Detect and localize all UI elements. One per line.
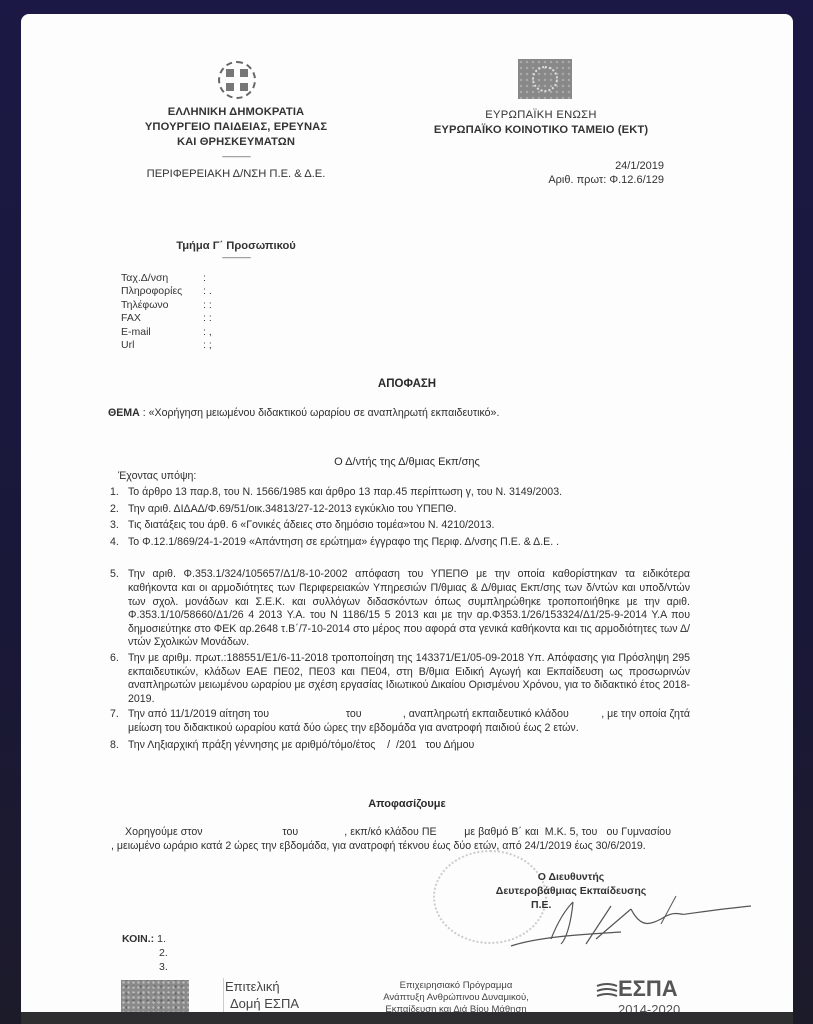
greek-coat-of-arms-icon: [218, 61, 256, 99]
regional-directorate: ΠΕΡΙΦΕΡΕΙΑΚΗ Δ/ΝΣΗ Π.Ε. & Δ.Ε.: [121, 167, 351, 182]
copies-row: 2.: [122, 946, 168, 960]
ministry-name: ΥΠΟΥΡΓΕΙΟ ΠΑΙΔΕΙΑΣ, ΕΡΕΥΝΑΣ: [121, 120, 351, 135]
contact-row-fax: FAX: :: [121, 312, 212, 325]
header-left: ΕΛΛΗΝΙΚΗ ΔΗΜΟΚΡΑΤΙΑ ΥΠΟΥΡΓΕΙΟ ΠΑΙΔΕΙΑΣ, …: [121, 105, 351, 182]
header-separator: -----------------: [121, 152, 351, 161]
list-item: 5.Την αριθ. Φ.353.1/324/105657/Δ1/8-10-2…: [110, 568, 690, 650]
contact-row-address: Ταχ.Δ/νση:: [121, 272, 212, 285]
protocol-value: Φ.12.6/129: [609, 174, 664, 186]
list-item: 1.Το άρθρο 13 παρ.8, του Ν. 1566/1985 κα…: [110, 486, 690, 500]
fund-name: ΕΥΡΩΠΑΪΚΟ ΚΟΙΝΟΤΙΚΟ ΤΑΜΕΙΟ (ΕΚΤ): [406, 123, 676, 138]
document-date: 24/1/2019: [501, 159, 664, 173]
resolution-title: Αποφασίζουμε: [21, 798, 793, 810]
signatory-title: Ο Διευθυντής: [471, 870, 671, 884]
eu-name: ΕΥΡΩΠΑΪΚΗ ΕΝΩΣΗ: [406, 108, 676, 123]
copies-row: 3.: [122, 960, 168, 974]
department-block: Τμήμα Γ΄ Προσωπικού -----------------: [151, 239, 321, 262]
decision-subject: ΘΕΜΑ : «Χορήγηση μειωμένου διδακτικού ωρ…: [108, 407, 728, 421]
list-item: 2.Την αριθ. ΔΙΔΑΔ/Φ.69/51/οικ.34813/27-1…: [110, 503, 690, 517]
republic-name: ΕΛΛΗΝΙΚΗ ΔΗΜΟΚΡΑΤΙΑ: [121, 105, 351, 120]
copies-row: ΚΟΙΝ.: 1.: [122, 932, 168, 946]
document-page: ΕΛΛΗΝΙΚΗ ΔΗΜΟΚΡΑΤΙΑ ΥΠΟΥΡΓΕΙΟ ΠΑΙΔΕΙΑΣ, …: [21, 14, 793, 1024]
contact-row-email: E-mail: ,: [121, 326, 212, 339]
eu-flag-icon: [518, 59, 572, 99]
contact-fields: Ταχ.Δ/νση: Πληροφορίες: . Τηλέφωνο: : FA…: [121, 272, 212, 352]
resolution-text: Χορηγούμε στον του , εκπ/κό κλάδου ΠΕ με…: [111, 826, 671, 853]
subject-label: ΘΕΜΑ: [108, 407, 140, 419]
list-item: 4.Το Φ.12.1/869/24-1-2019 «Απάντηση σε ε…: [110, 536, 690, 550]
contact-row-info: Πληροφορίες: .: [121, 285, 212, 298]
decision-title: ΑΠΟΦΑΣΗ: [21, 378, 793, 390]
document-meta: 24/1/2019 Αριθ. πρωτ: Φ.12.6/129: [501, 159, 664, 187]
contact-row-url: Url: ;: [121, 339, 212, 352]
considering-list: 1.Το άρθρο 13 παρ.8, του Ν. 1566/1985 κα…: [110, 486, 690, 752]
list-item: 6.Την με αριθμ. πρωτ.:188551/Ε1/6-11-201…: [110, 652, 690, 706]
department-separator: -----------------: [151, 253, 321, 262]
ministry-name-cont: ΚΑΙ ΘΡΗΣΚΕΥΜΑΤΩΝ: [121, 135, 351, 150]
considering-label: Έχοντας υπόψη:: [118, 470, 196, 484]
contact-row-phone: Τηλέφωνο: :: [121, 299, 212, 312]
protocol-label: Αριθ. πρωτ:: [548, 174, 606, 186]
list-item: 3.Τις διατάξεις του άρθ. 6 «Γονικές άδει…: [110, 519, 690, 533]
espa-unit-logo: Επιτελική Δομή ΕΣΠΑ: [225, 978, 299, 1012]
handwritten-signature-icon: [501, 894, 761, 954]
list-item: 8.Την Ληξιαρχική πράξη γέννησης με αριθμ…: [110, 739, 690, 753]
espa-label: ΕΣΠΑ: [618, 976, 678, 1002]
list-item: 7.Την από 11/1/2019 αίτηση του του , ανα…: [110, 708, 690, 735]
espa-wave-icon: [596, 982, 618, 1002]
subject-text: : «Χορήγηση μειωμένου διδακτικού ωραρίου…: [140, 407, 500, 419]
viewer-bottom-bar: [21, 1012, 793, 1024]
issuing-authority: Ο Δ/ντής της Δ/θμιας Εκπ/σης: [21, 456, 793, 468]
protocol-number: Αριθ. πρωτ: Φ.12.6/129: [501, 173, 664, 187]
copies-block: ΚΟΙΝ.: 1. 2. 3.: [122, 932, 168, 974]
operational-program-label: Επιχειρησιακό Πρόγραμμα Ανάπτυξη Ανθρώπι…: [356, 980, 556, 1016]
header-right: ΕΥΡΩΠΑΪΚΗ ΕΝΩΣΗ ΕΥΡΩΠΑΪΚΟ ΚΟΙΝΟΤΙΚΟ ΤΑΜΕ…: [406, 108, 676, 138]
department-title: Τμήμα Γ΄ Προσωπικού: [151, 239, 321, 253]
